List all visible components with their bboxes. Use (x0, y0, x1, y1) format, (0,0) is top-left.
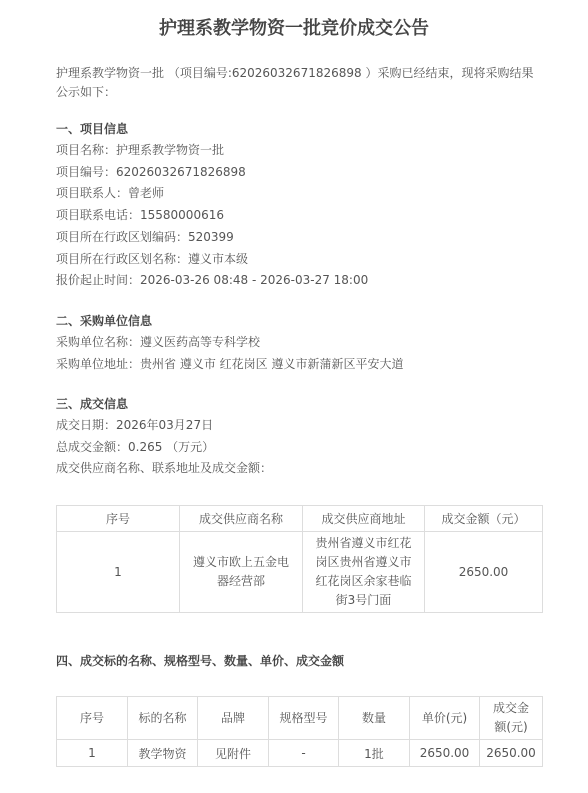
cell-unit-price: 2650.00 (410, 740, 480, 767)
section-heading: 二、采购单位信息 (56, 311, 403, 332)
cell-spec: - (269, 740, 339, 767)
col-supplier-address: 成交供应商地址 (303, 506, 425, 532)
col-index: 序号 (57, 506, 180, 532)
region-name: 项目所在行政区划名称：遵义市本级 (56, 249, 368, 271)
page-title: 护理系教学物资一批竞价成交公告 (0, 14, 588, 40)
section-heading: 三、成交信息 (56, 394, 272, 415)
quote-period: 报价起止时间：2026-03-26 08:48 - 2026-03-27 18:… (56, 270, 368, 292)
project-phone: 项目联系电话：15580000616 (56, 205, 368, 227)
col-supplier-name: 成交供应商名称 (180, 506, 303, 532)
section-heading-items: 四、成交标的名称、规格型号、数量、单价、成交金额 (56, 652, 344, 669)
purchaser-address: 采购单位地址：贵州省 遵义市 红花岗区 遵义市新蒲新区平安大道 (56, 354, 403, 376)
cell-index: 1 (57, 740, 128, 767)
cell-index: 1 (57, 532, 180, 613)
col-unit-price: 单价(元) (410, 697, 480, 740)
cell-supplier-name: 遵义市欧上五金电器经营部 (180, 532, 303, 613)
col-index: 序号 (57, 697, 128, 740)
section-heading: 一、项目信息 (56, 119, 368, 140)
items-table: 序号 标的名称 品牌 规格型号 数量 单价(元) 成交金额(元) 1 教学物资 … (56, 696, 543, 767)
cell-supplier-address: 贵州省遵义市红花岗区贵州省遵义市红花岗区余家巷临街3号门面 (303, 532, 425, 613)
section-deal-info: 三、成交信息 成交日期：2026年03月27日 总成交金额：0.265 （万元）… (56, 394, 272, 480)
col-item-name: 标的名称 (128, 697, 198, 740)
section-project-info: 一、项目信息 项目名称：护理系教学物资一批 项目编号：6202603267182… (56, 119, 368, 292)
project-contact: 项目联系人：曾老师 (56, 183, 368, 205)
col-total: 成交金额(元) (480, 697, 543, 740)
supplier-table: 序号 成交供应商名称 成交供应商地址 成交金额（元） 1 遵义市欧上五金电器经营… (56, 505, 543, 613)
col-amount: 成交金额（元） (425, 506, 543, 532)
total-amount: 总成交金额：0.265 （万元） (56, 437, 272, 459)
cell-total: 2650.00 (480, 740, 543, 767)
col-brand: 品牌 (198, 697, 269, 740)
cell-brand: 见附件 (198, 740, 269, 767)
supplier-list-label: 成交供应商名称、联系地址及成交金额： (56, 458, 272, 480)
table-row: 1 遵义市欧上五金电器经营部 贵州省遵义市红花岗区贵州省遵义市红花岗区余家巷临街… (57, 532, 543, 613)
table-header-row: 序号 标的名称 品牌 规格型号 数量 单价(元) 成交金额(元) (57, 697, 543, 740)
section-purchaser-info: 二、采购单位信息 采购单位名称：遵义医药高等专科学校 采购单位地址：贵州省 遵义… (56, 311, 403, 375)
cell-item-name: 教学物资 (128, 740, 198, 767)
purchaser-name: 采购单位名称：遵义医药高等专科学校 (56, 332, 403, 354)
project-number: 项目编号：62026032671826898 (56, 162, 368, 184)
intro-text: 护理系教学物资一批 （项目编号:62026032671826898 ）采购已经结… (56, 64, 536, 102)
col-spec: 规格型号 (269, 697, 339, 740)
project-name: 项目名称：护理系教学物资一批 (56, 140, 368, 162)
col-quantity: 数量 (339, 697, 410, 740)
cell-amount: 2650.00 (425, 532, 543, 613)
region-code: 项目所在行政区划编码：520399 (56, 227, 368, 249)
deal-date: 成交日期：2026年03月27日 (56, 415, 272, 437)
table-row: 1 教学物资 见附件 - 1批 2650.00 2650.00 (57, 740, 543, 767)
table-header-row: 序号 成交供应商名称 成交供应商地址 成交金额（元） (57, 506, 543, 532)
cell-quantity: 1批 (339, 740, 410, 767)
